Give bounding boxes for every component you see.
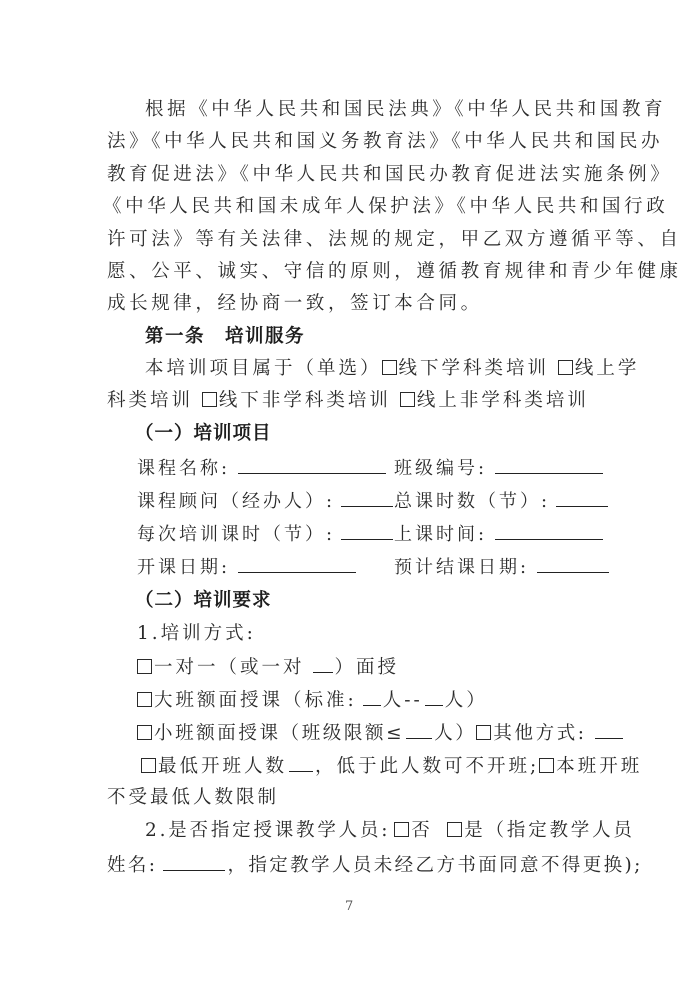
category-option-online-subject-b: 科类培训 bbox=[107, 390, 193, 411]
preamble-line-1: 根据《中华人民共和国民法典》《中华人民共和国教育 bbox=[145, 98, 599, 122]
designated-no-label: 否 bbox=[411, 820, 432, 841]
preamble-line-5: 许可法》等有关法律、法规的规定，甲乙双方遵循平等、自 bbox=[107, 228, 599, 252]
checkbox-small-class[interactable] bbox=[137, 725, 152, 740]
checkbox-designated-no[interactable] bbox=[394, 822, 409, 837]
end-date-field[interactable] bbox=[537, 554, 609, 573]
page-number: 7 bbox=[345, 899, 353, 914]
category-option-offline-nonsubject: 线下非学科类培训 bbox=[219, 390, 391, 411]
preamble-line-4: 《中华人民共和国未成年人保护法》《中华人民共和国行政 bbox=[103, 195, 595, 219]
minimum-enrollment-text-a: 最低开班人数 bbox=[158, 756, 287, 777]
designated-teacher-line: 2.是否指定授课教学人员:否 是（指定教学人员 bbox=[145, 819, 599, 843]
preamble-line-3: 教育促进法》《中华人民共和国民办教育促进法实施条例》 bbox=[107, 163, 599, 187]
course-name-label: 课程名称: bbox=[137, 458, 230, 479]
one-on-one-text-b: ）面授 bbox=[335, 657, 400, 678]
preamble-line-2: 法》《中华人民共和国义务教育法》《中华人民共和国民办 bbox=[107, 130, 599, 154]
checkbox-online-nonsubject[interactable] bbox=[400, 392, 415, 407]
checkbox-one-on-one[interactable] bbox=[137, 659, 152, 674]
category-line-2: 科类培训 线下非学科类培训 线上非学科类培训 bbox=[107, 389, 599, 413]
course-advisor-field[interactable] bbox=[341, 488, 393, 507]
checkbox-other-method[interactable] bbox=[476, 725, 491, 740]
no-minimum-text-a: 本班开班 bbox=[556, 756, 642, 777]
large-class-text-a: 大班额面授课（标准: bbox=[154, 690, 357, 711]
option-large-class: 大班额面授课（标准:人--人） bbox=[137, 687, 629, 713]
end-date-label: 预计结课日期: bbox=[394, 557, 529, 578]
course-name-field[interactable] bbox=[238, 455, 386, 474]
minimum-enrollment-field[interactable] bbox=[289, 753, 313, 772]
hours-per-session-label: 每次培训课时（节）: bbox=[137, 524, 335, 545]
small-class-text-a: 小班额面授课（班级限额≤ bbox=[154, 723, 404, 744]
total-hours-field[interactable] bbox=[556, 488, 608, 507]
small-class-text-b: 人） bbox=[434, 723, 476, 744]
category-option-online-subject-a: 线上学 bbox=[575, 358, 640, 379]
checkbox-large-class[interactable] bbox=[137, 692, 152, 707]
category-option-offline-subject: 线下学科类培训 bbox=[399, 358, 550, 379]
class-time-field[interactable] bbox=[495, 521, 603, 540]
class-number-label: 班级编号: bbox=[394, 458, 487, 479]
category-prefix: 本培训项目属于（单选） bbox=[145, 358, 382, 379]
document-page: 根据《中华人民共和国民法典》《中华人民共和国教育 法》《中华人民共和国义务教育法… bbox=[0, 0, 700, 990]
other-method-label: 其他方式: bbox=[493, 723, 586, 744]
category-option-online-nonsubject: 线上非学科类培训 bbox=[417, 390, 589, 411]
minimum-enrollment-line: 最低开班人数，低于此人数可不开班;本班开班 bbox=[141, 753, 633, 779]
large-class-max-field[interactable] bbox=[425, 687, 443, 706]
preamble-line-7: 成长规律，经协商一致，签订本合同。 bbox=[107, 292, 599, 316]
option-one-on-one: 一对一（或一对）面授 bbox=[137, 654, 629, 680]
start-date-label: 开课日期: bbox=[137, 557, 230, 578]
checkbox-online-subject[interactable] bbox=[558, 360, 573, 375]
large-class-min-field[interactable] bbox=[363, 687, 381, 706]
designated-teacher-name-line: 姓名:，指定教学人员未经乙方书面同意不得更换); bbox=[107, 852, 599, 878]
large-class-text-c: 人） bbox=[445, 690, 488, 711]
teacher-name-field[interactable] bbox=[163, 852, 225, 871]
large-class-text-b: 人-- bbox=[383, 690, 423, 711]
checkbox-designated-yes[interactable] bbox=[447, 822, 462, 837]
preamble-line-6: 愿、公平、诚实、守信的原则，遵循教育规律和青少年健康 bbox=[107, 260, 599, 284]
one-on-one-count-field[interactable] bbox=[313, 654, 333, 673]
checkbox-offline-subject[interactable] bbox=[382, 360, 397, 375]
section-2-title: （二）培训要求 bbox=[135, 589, 627, 613]
designated-teacher-question: 2.是否指定授课教学人员: bbox=[145, 820, 390, 841]
other-method-field[interactable] bbox=[595, 720, 623, 739]
designated-yes-label: 是（指定教学人员 bbox=[464, 820, 634, 841]
training-method-label: 1.培训方式: bbox=[137, 622, 629, 646]
minimum-enrollment-text-b: ，低于此人数可不开班; bbox=[315, 756, 539, 777]
section-1-title: （一）培训项目 bbox=[135, 422, 627, 446]
category-line-1: 本培训项目属于（单选）线下学科类培训 线上学 bbox=[145, 357, 599, 381]
class-number-field[interactable] bbox=[495, 455, 603, 474]
no-minimum-text-b: 不受最低人数限制 bbox=[107, 786, 599, 810]
teacher-name-label: 姓名: bbox=[107, 855, 157, 876]
one-on-one-text-a: 一对一（或一对 bbox=[154, 657, 305, 678]
teacher-name-tail: ，指定教学人员未经乙方书面同意不得更换); bbox=[227, 855, 642, 876]
start-date-field[interactable] bbox=[238, 554, 356, 573]
checkbox-offline-nonsubject[interactable] bbox=[202, 392, 217, 407]
checkbox-no-minimum[interactable] bbox=[539, 758, 554, 773]
checkbox-minimum-enrollment[interactable] bbox=[141, 758, 156, 773]
total-hours-label: 总课时数（节）: bbox=[394, 491, 550, 512]
course-advisor-label: 课程顾问（经办人）: bbox=[137, 491, 335, 512]
option-small-class: 小班额面授课（班级限额≤人）其他方式: bbox=[137, 720, 629, 746]
class-time-label: 上课时间: bbox=[394, 524, 487, 545]
small-class-limit-field[interactable] bbox=[406, 720, 432, 739]
hours-per-session-field[interactable] bbox=[341, 521, 393, 540]
article-1-title: 第一条 培训服务 bbox=[145, 325, 599, 349]
